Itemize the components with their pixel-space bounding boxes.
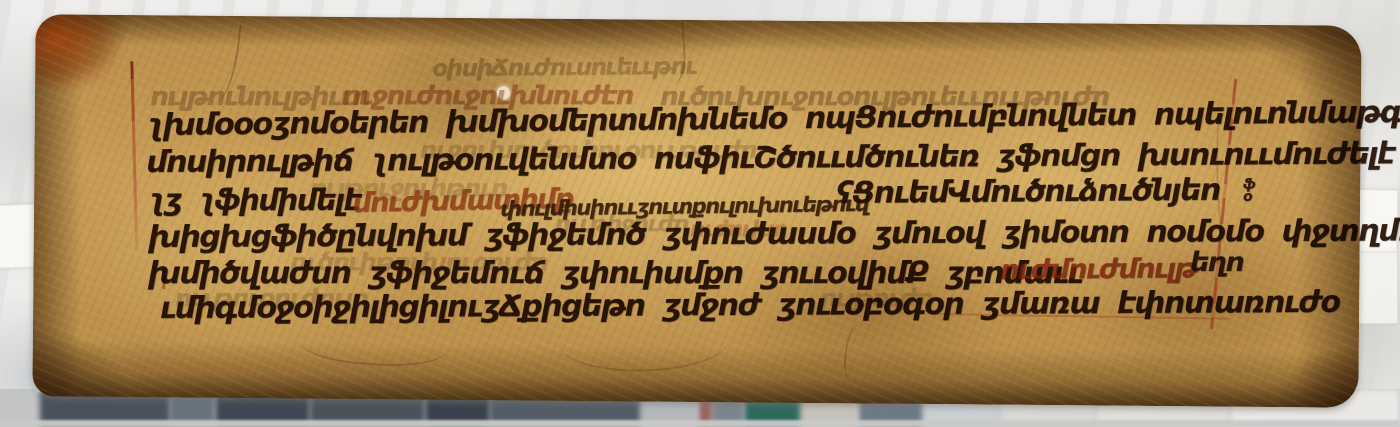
fold-line bbox=[558, 309, 730, 373]
red-horizontal-rule bbox=[934, 313, 1229, 320]
manuscript-leaf bbox=[32, 14, 1361, 408]
surface-floor-band bbox=[0, 420, 1400, 427]
fold-line bbox=[651, 19, 687, 87]
left-red-margin-line bbox=[130, 61, 138, 251]
fold-line bbox=[841, 322, 871, 383]
photo-scene: օիսիՃուժուսուեււթուուլթունուլթիււոուջուժ… bbox=[0, 0, 1400, 427]
paper-hole bbox=[497, 86, 510, 99]
red-tick-mark bbox=[162, 267, 165, 289]
fold-line bbox=[298, 315, 451, 370]
fold-line bbox=[205, 23, 242, 104]
